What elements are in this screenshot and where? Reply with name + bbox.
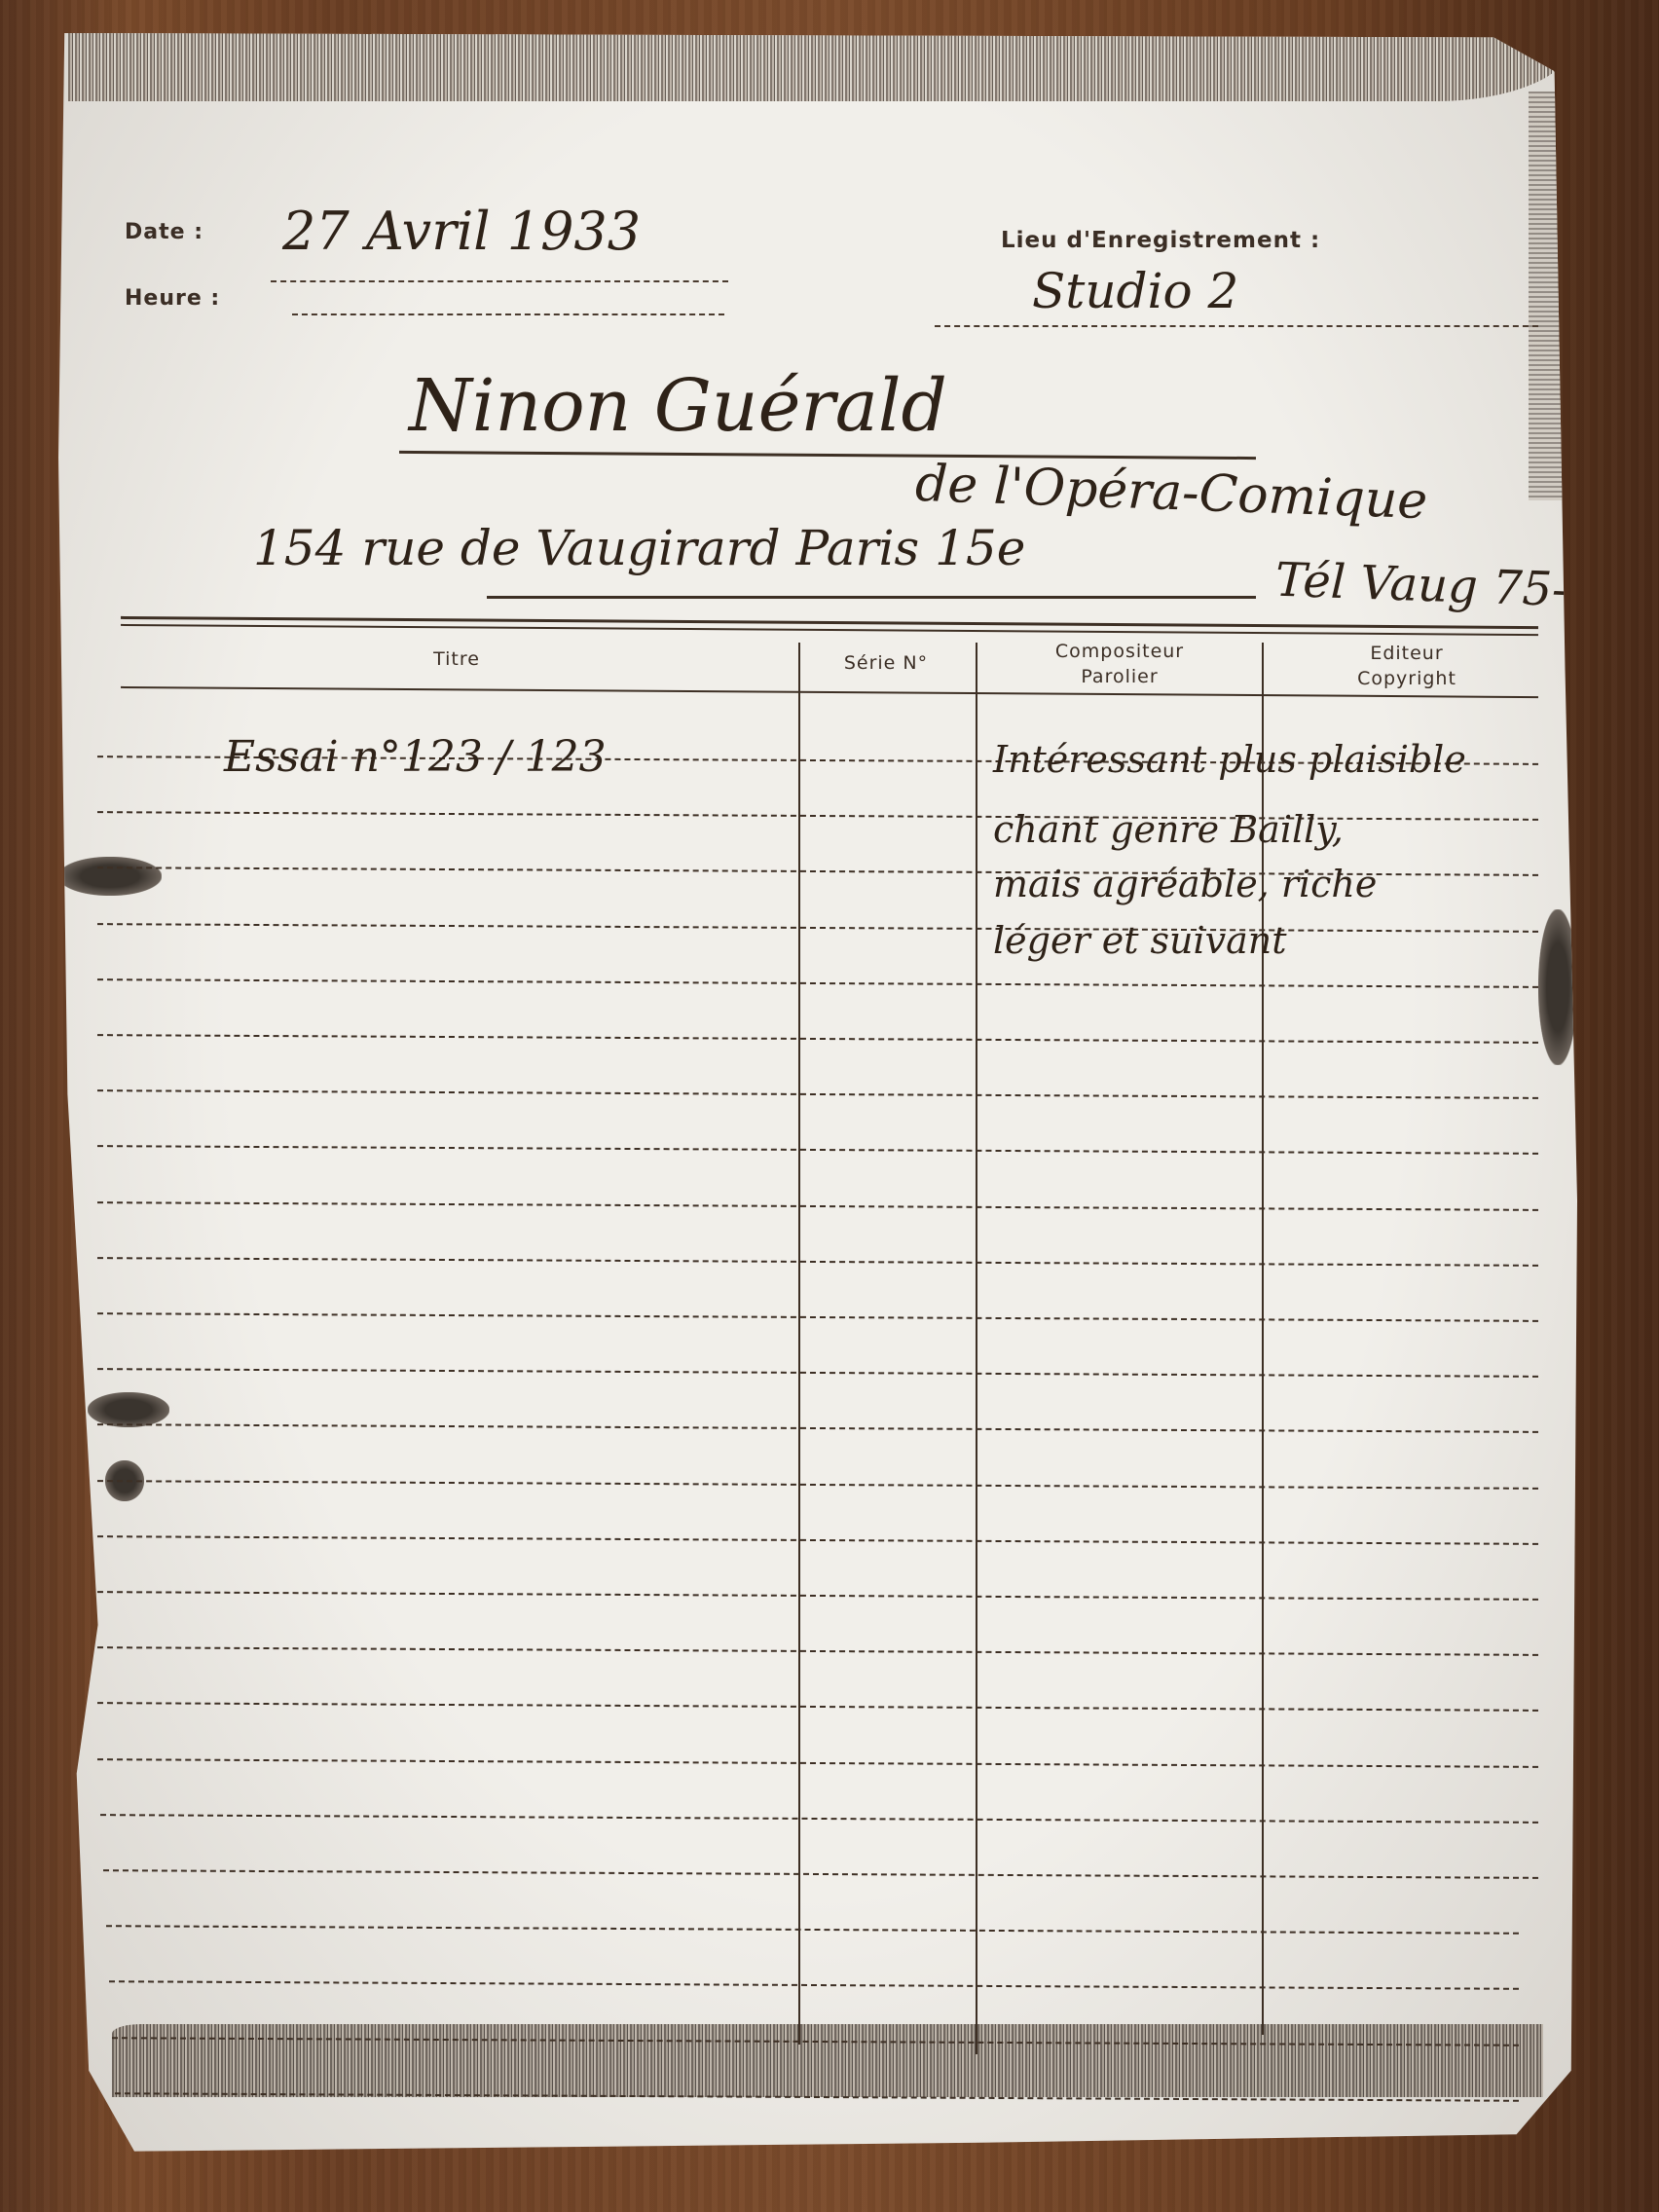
- column-divider-2: [976, 643, 977, 2054]
- row-1-remark-line-4: léger et suivant: [993, 919, 1287, 962]
- column-divider-1: [798, 643, 800, 2045]
- photocopy-top-band: [68, 33, 1572, 101]
- row-1-titre: Essai n°123 / 123: [224, 732, 607, 782]
- heure-label: Heure :: [125, 286, 220, 311]
- row-1-remark-line-2: chant genre Bailly,: [993, 808, 1344, 851]
- document-sheet: Date : 27 Avril 1933 Heure : Lieu d'Enre…: [58, 33, 1577, 2156]
- artist-address: 154 rue de Vaugirard Paris 15e: [253, 520, 1025, 576]
- column-header-editeur: Editeur Copyright: [1266, 641, 1548, 691]
- column-header-compositeur: Compositeur Parolier: [974, 639, 1266, 689]
- column-header-compositeur-line1: Compositeur: [974, 639, 1266, 664]
- lieu-value: Studio 2: [1032, 263, 1238, 319]
- photocopy-bottom-band: [112, 2024, 1543, 2097]
- punch-hole-smudge: [58, 857, 162, 896]
- lieu-label: Lieu d'Enregistrement :: [1001, 228, 1320, 253]
- column-divider-3: [1262, 643, 1264, 2035]
- column-header-editeur-line1: Editeur: [1266, 641, 1548, 666]
- date-line: [271, 280, 728, 282]
- column-header-editeur-line2: Copyright: [1266, 666, 1548, 691]
- column-header-titre: Titre: [121, 646, 793, 672]
- row-1-remark-line-3: mais agréable, riche: [993, 863, 1377, 905]
- date-label: Date :: [125, 220, 203, 244]
- column-header-compositeur-line2: Parolier: [974, 664, 1266, 689]
- heure-line: [292, 313, 724, 315]
- column-header-serie: Série N°: [798, 650, 974, 676]
- row-1-remark-line-1: Intéressant plus plaisible: [993, 738, 1466, 781]
- lieu-line: [935, 325, 1538, 327]
- artist-name: Ninon Guérald: [409, 364, 947, 448]
- punch-hole-smudge: [88, 1392, 169, 1427]
- address-underline: [487, 596, 1256, 599]
- date-value: 27 Avril 1933: [282, 201, 641, 262]
